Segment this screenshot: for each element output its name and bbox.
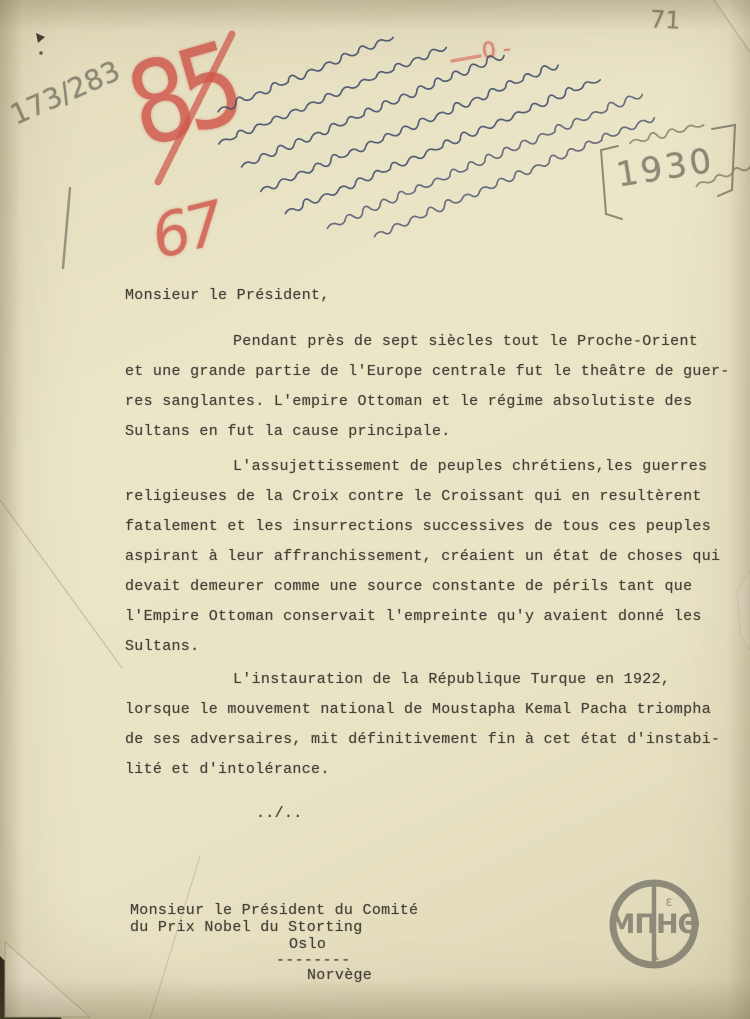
edge-tear — [737, 570, 750, 650]
folded-corner — [5, 942, 90, 1017]
tiny-corner-mark — [36, 33, 45, 55]
greek-handwriting-annotation — [205, 0, 655, 281]
red-strike — [452, 56, 480, 61]
paper-crease — [150, 856, 200, 1019]
scanned-letter-page: 173/283 85 67 0 - 71 1930 Monsieur le Pr… — [0, 0, 750, 1019]
stamp-delta: Δ — [652, 952, 659, 963]
left-bracket — [601, 146, 622, 219]
paper-crease — [0, 500, 122, 668]
annotation-overlay: ΜΠΗΘ ε Δ — [0, 0, 750, 1019]
stamp-letters: ΜΠΗΘ — [608, 909, 699, 940]
right-bracket — [712, 125, 735, 196]
archive-stamp: ΜΠΗΘ ε Δ — [608, 883, 699, 965]
stamp-epsilon: ε — [665, 895, 672, 910]
pencil-stroke — [63, 188, 70, 268]
